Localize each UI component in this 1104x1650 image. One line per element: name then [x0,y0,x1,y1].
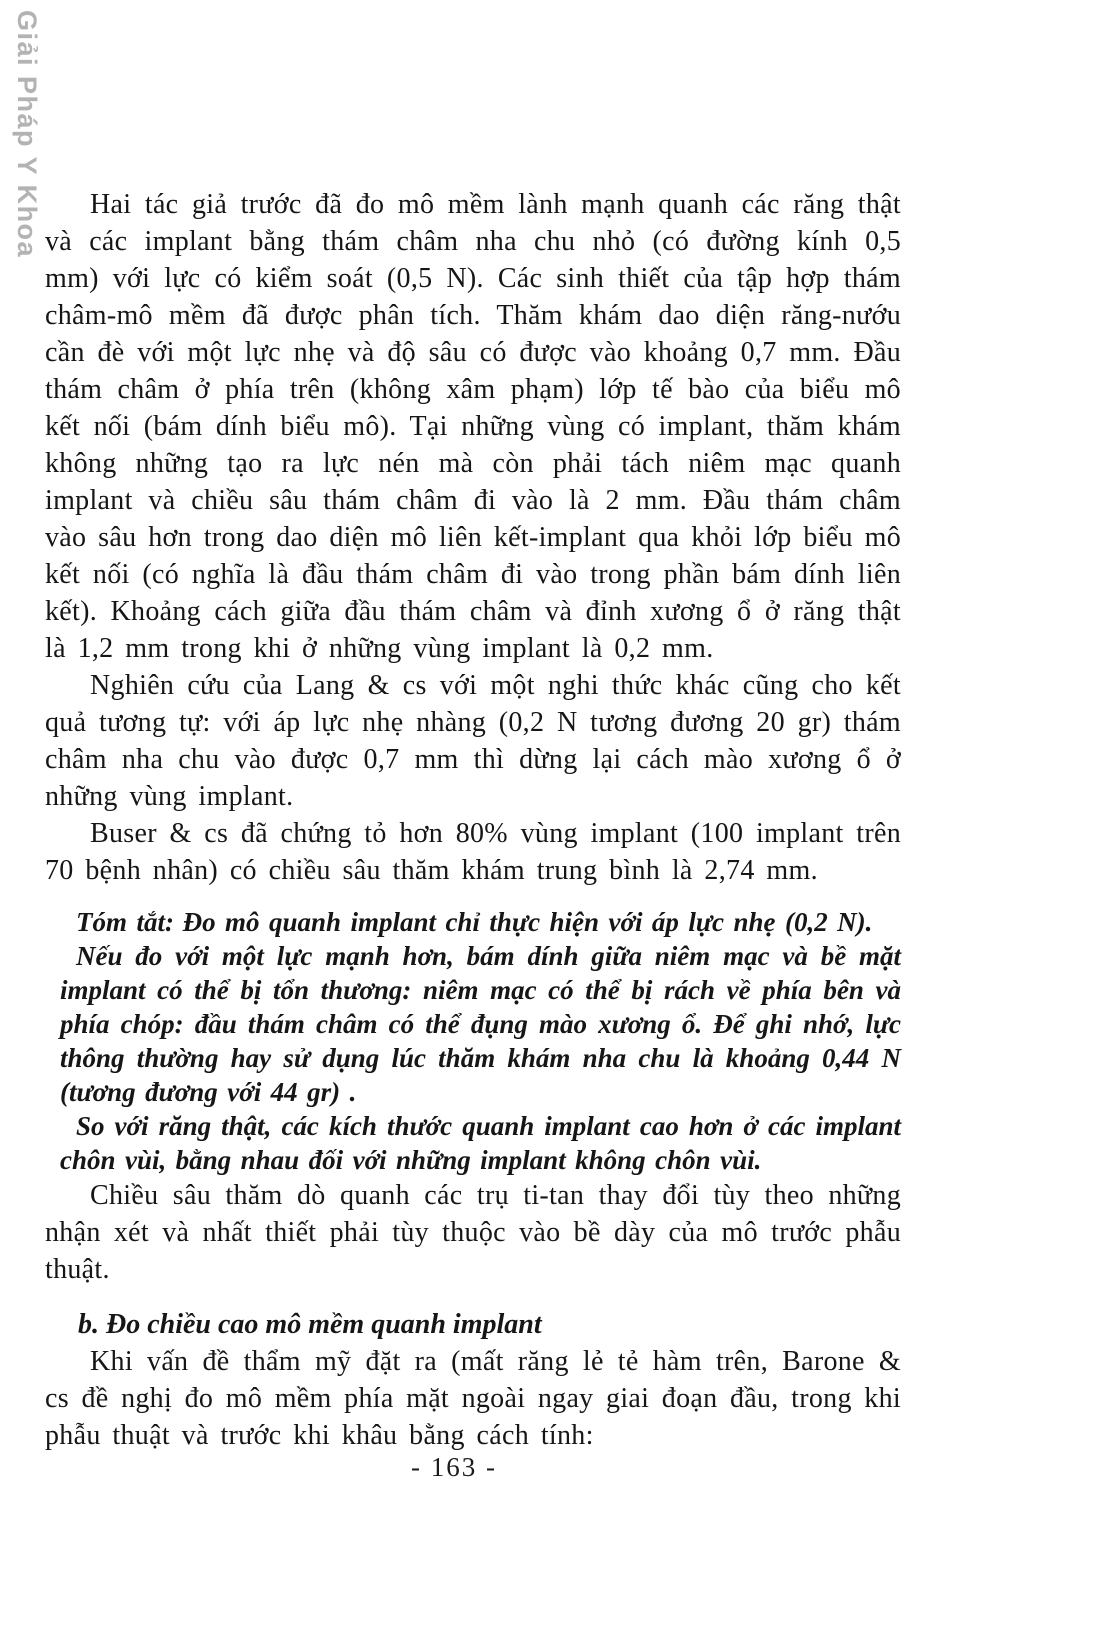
paragraph-buser-study: Buser & cs đã chứng tỏ hơn 80% vùng impl… [45,815,901,889]
subheading-soft-tissue-height: b. Đo chiều cao mô mềm quanh implant [78,1306,901,1343]
page-number: - 163 - [396,1452,512,1483]
scanned-book-page: Giải Pháp Y Khoa Hai tác giả trước đã đo… [0,0,1104,1650]
summary-label: Tóm tắt: [76,907,174,937]
summary-block: Tóm tắt:Đo mô quanh implant chỉ thực hiệ… [60,905,901,1177]
page-content: Hai tác giả trước đã đo mô mềm lành mạnh… [45,186,901,1454]
summary-line-1: Tóm tắt:Đo mô quanh implant chỉ thực hiệ… [60,905,901,939]
side-watermark: Giải Pháp Y Khoa [11,10,42,258]
summary-paragraph-2: Nếu đo với một lực mạnh hơn, bám dính gi… [60,939,901,1109]
summary-paragraph-3: So với răng thật, các kích thước quanh i… [60,1109,901,1177]
paragraph-probing-soft-tissue: Hai tác giả trước đã đo mô mềm lành mạnh… [45,186,901,667]
paragraph-lang-study: Nghiên cứu của Lang & cs với một nghi th… [45,667,901,815]
summary-sentence: Đo mô quanh implant chỉ thực hiện với áp… [183,907,873,937]
paragraph-esthetic-measurement: Khi vấn đề thẩm mỹ đặt ra (mất răng lẻ t… [45,1343,901,1454]
paragraph-titanium-probing-depth: Chiều sâu thăm dò quanh các trụ ti-tan t… [45,1177,901,1288]
